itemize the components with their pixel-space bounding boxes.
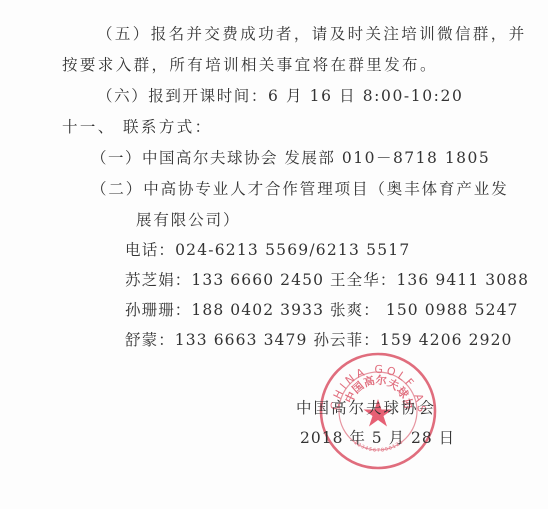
document-page: （五）报名并交费成功者，请及时关注培训微信群，并 按要求入群，所有培训相关事宜将… [0,0,548,509]
item-5-line-1: （五）报名并交费成功者，请及时关注培训微信群，并 [97,24,527,44]
item-6-line: （六）报到开课时间：6 月 16 日 8:00-10:20 [97,86,463,106]
signature-organization: 中国高尔夫球协会 [296,396,436,418]
contact-1-line: （一）中国高尔夫球协会 发展部 010－8718 1805 [91,148,490,168]
signature-date: 2018 年 5 月 28 日 [300,426,455,448]
section-11-heading: 十一、 联系方式： [62,117,213,137]
contact-person-row-2: 孙珊珊：188 0402 3933 张爽： 150 0988 5247 [125,300,519,320]
contact-person-row-1: 苏芝娟：133 6660 2450 王全华：136 9411 3088 [125,270,529,290]
contact-person-row-3: 舒蒙：133 6663 3479 孙云菲：159 4206 2920 [125,330,513,350]
contact-2-line-2: 展有限公司） [136,210,240,230]
item-5-line-2: 按要求入群，所有培训相关事宜将在群里发布。 [62,55,438,75]
contact-2-line-1: （二）中高协专业人才合作管理项目（奥丰体育产业发 [91,179,509,199]
phone-line: 电话：024-6213 5569/6213 5517 [125,240,410,260]
